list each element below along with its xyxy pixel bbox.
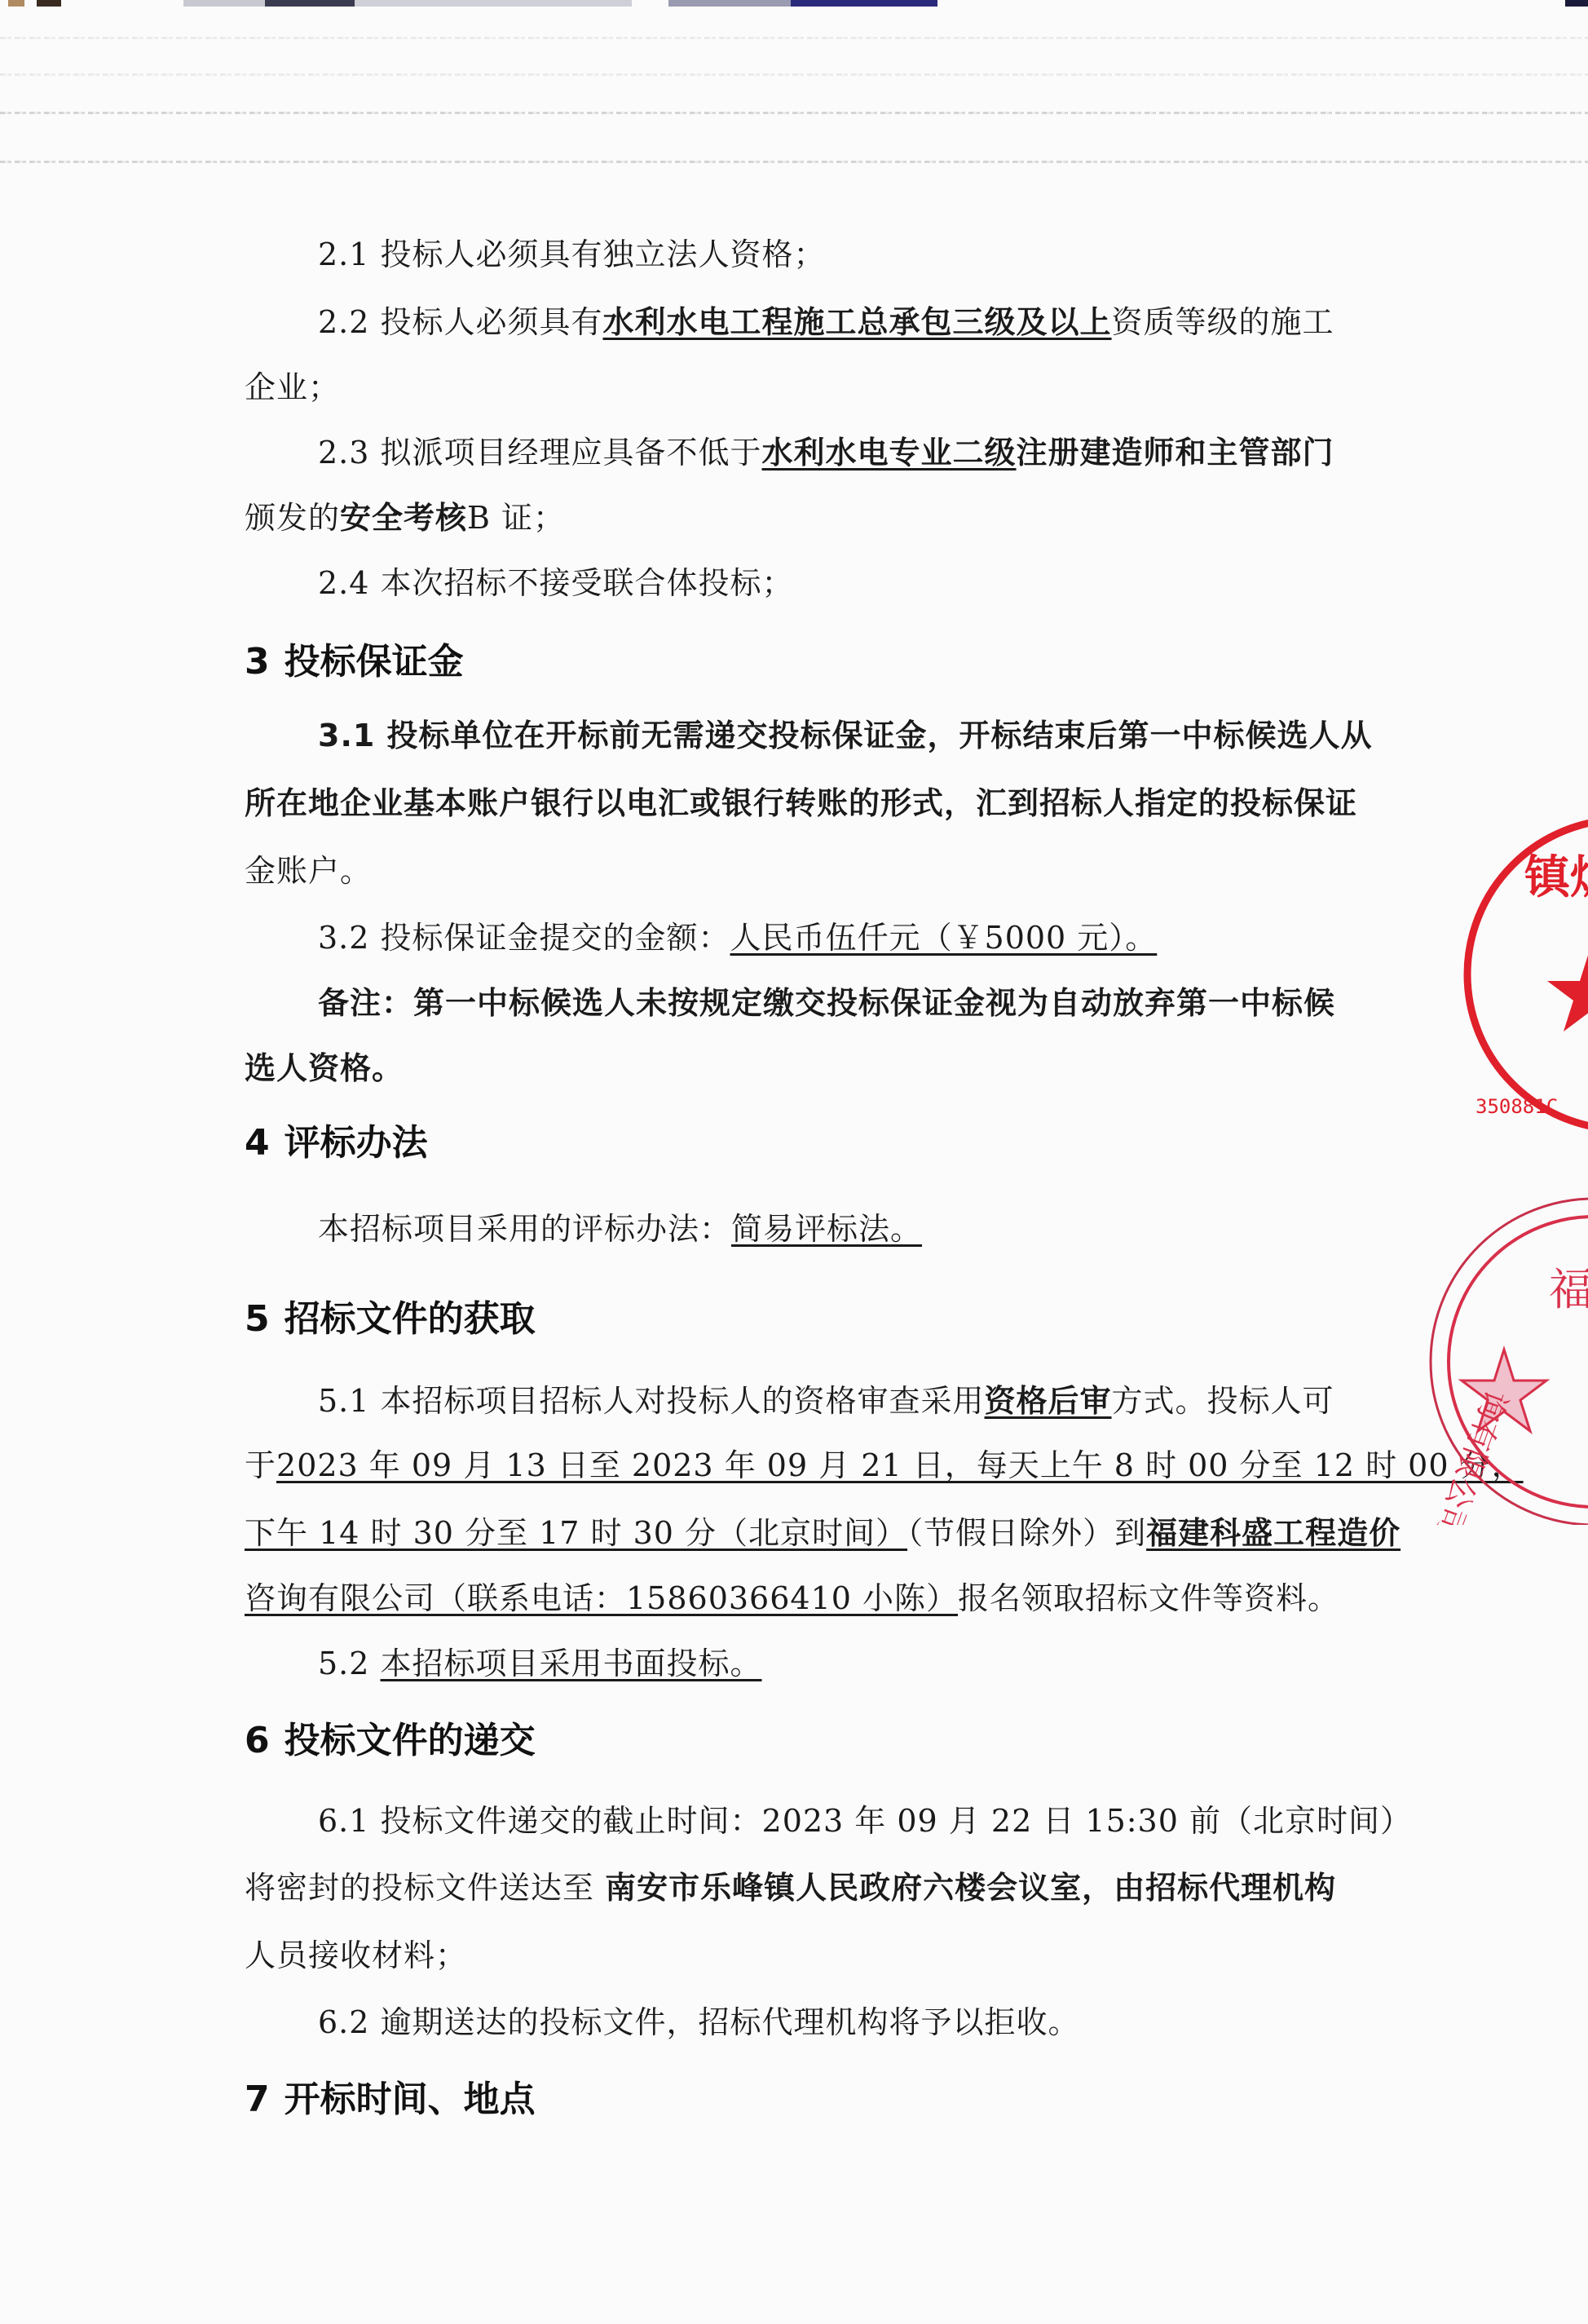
scan-artifact-line [0, 161, 1588, 163]
clause-5-1-prefix: 于 [245, 1447, 276, 1483]
clause-2-3-text-end: 注册建造师和主管部门 [1017, 435, 1334, 471]
clause-2-4: 2.4 本次招标不接受联合体投标； [318, 563, 794, 603]
holiday-note: （节假日除外）到 [907, 1515, 1146, 1551]
clause-3-2: 3.2 投标保证金提交的金额：人民币伍仟元（￥5000 元）。 [318, 917, 1157, 958]
safety-cert: 安全考核 [340, 500, 467, 536]
seal-text-side: 询有限公司 [1428, 1385, 1515, 1525]
clause-5-1-dates: 于2023 年 09 月 13 日至 2023 年 09 月 21 日，每天上午… [245, 1445, 1524, 1486]
clause-3-1: 3.1 投标单位在开标前无需递交投标保证金，开标结束后第一中标候选人从 [318, 715, 1373, 756]
clause-5-1-times: 下午 14 时 30 分至 17 时 30 分（北京时间）（节假日除外）到福建科… [245, 1513, 1401, 1553]
manager-qualification: 水利水电专业二级 [762, 435, 1017, 471]
evaluation-method-label: 本招标项目采用的评标办法： [318, 1211, 731, 1247]
review-method: 资格后审 [985, 1383, 1112, 1419]
clause-5-1: 5.1 本招标项目招标人对投标人的资格审查采用资格后审方式。投标人可 [318, 1381, 1334, 1421]
clause-2-1: 2.1 投标人必须具有独立法人资格； [318, 234, 826, 275]
clause-2-3-cont: 颁发的安全考核B 证； [245, 497, 565, 538]
clause-2-3: 2.3 拟派项目经理应具备不低于水利水电专业二级注册建造师和主管部门 [318, 432, 1334, 473]
clause-6-2: 6.2 逾期送达的投标文件，招标代理机构将予以拒收。 [318, 2002, 1080, 2043]
clause-3-1-cont2: 金账户。 [245, 851, 372, 891]
section-number: 5 [245, 1298, 270, 1340]
clause-5-1-contact: 咨询有限公司（联系电话：15860366410 小陈）报名领取招标文件等资料。 [245, 1578, 1339, 1619]
clause-6-1-cont: 人员接收材料； [245, 1935, 467, 1976]
clause-6-1-prefix: 将密封的投标文件送达至 [245, 1870, 594, 1906]
clause-2-3-cont-a: 颁发的 [245, 500, 340, 536]
section-heading-4: 4评标办法 [245, 1120, 428, 1166]
submission-location: 南安市乐峰镇人民政府六楼会议室，由招标代理机构 [605, 1870, 1336, 1906]
seal-code: 350881C [1476, 1095, 1558, 1118]
evaluation-method-value: 简易评标法。 [731, 1211, 922, 1247]
note-cont: 选人资格。 [245, 1048, 404, 1089]
seal-text-top: 福 [1549, 1264, 1588, 1315]
clause-6-1-location: 将密封的投标文件送达至 南安市乐峰镇人民政府六楼会议室，由招标代理机构 [245, 1867, 1336, 1908]
qualification-requirement: 水利水电工程施工总承包三级及以上 [603, 304, 1112, 340]
clause-5-1-text-end: 方式。投标人可 [1112, 1383, 1334, 1419]
scan-artifact-line [0, 37, 1588, 39]
star-icon [1547, 950, 1588, 1032]
section-title: 评标办法 [285, 1122, 428, 1164]
clause-5-1-text: 5.1 本招标项目招标人对投标人的资格审查采用 [318, 1383, 985, 1419]
note: 备注：第一中标候选人未按规定缴交投标保证金视为自动放弃第一中标候 [318, 983, 1335, 1023]
deposit-amount: 人民币伍仟元（￥5000 元）。 [730, 920, 1158, 956]
section-title: 投标文件的递交 [285, 1720, 536, 1761]
section-number: 7 [245, 2079, 270, 2120]
section-heading-7: 7开标时间、地点 [245, 2077, 536, 2123]
scan-artifact-line [0, 73, 1588, 76]
clause-5-1-end: 报名领取招标文件等资料。 [958, 1580, 1339, 1616]
agency-contact: 咨询有限公司（联系电话：15860366410 小陈） [245, 1580, 958, 1616]
section-title: 开标时间、地点 [285, 2079, 536, 2120]
pickup-date-range: 2023 年 09 月 13 日至 2023 年 09 月 21 日，每天上午 … [276, 1447, 1524, 1483]
bid-format: 本招标项目采用书面投标。 [381, 1646, 762, 1681]
scan-artifact-line [0, 112, 1588, 114]
clause-2-3-cont-b: B 证； [467, 500, 565, 536]
section-title: 招标文件的获取 [285, 1298, 536, 1340]
section-heading-6: 6投标文件的递交 [245, 1718, 536, 1764]
clause-3-2-text: 3.2 投标保证金提交的金额： [318, 920, 730, 956]
official-seal-bottom: 福 询有限公司 [1410, 1182, 1588, 1525]
clause-6-1: 6.1 投标文件递交的截止时间：2023 年 09 月 22 日 15:30 前… [318, 1800, 1412, 1841]
pickup-afternoon-hours: 下午 14 时 30 分至 17 时 30 分（北京时间） [245, 1515, 907, 1551]
official-seal-top: 镇炉中 350881C [1459, 803, 1588, 1146]
clause-3-1-cont: 所在地企业基本账户银行以电汇或银行转账的形式，汇到招标人指定的投标保证 [245, 783, 1357, 824]
section-number: 6 [245, 1720, 270, 1761]
clause-2-2-text-end: 资质等级的施工 [1112, 304, 1334, 340]
clause-2-3-text: 2.3 拟派项目经理应具备不低于 [318, 435, 762, 471]
scan-top-edge [0, 0, 1588, 8]
clause-2-2: 2.2 投标人必须具有水利水电工程施工总承包三级及以上资质等级的施工 [318, 302, 1334, 342]
agency-name: 福建科盛工程造价 [1146, 1515, 1401, 1551]
clause-2-2-text: 2.2 投标人必须具有 [318, 304, 603, 340]
seal-text: 镇炉中 [1524, 851, 1588, 904]
evaluation-method: 本招标项目采用的评标办法：简易评标法。 [318, 1208, 922, 1249]
section-heading-3: 3投标保证金 [245, 639, 464, 685]
clause-5-2-number: 5.2 [318, 1646, 381, 1681]
section-title: 投标保证金 [285, 641, 464, 683]
clause-2-2-cont: 企业； [245, 367, 340, 408]
section-number: 4 [245, 1122, 270, 1164]
section-heading-5: 5招标文件的获取 [245, 1297, 536, 1342]
clause-5-2: 5.2 本招标项目采用书面投标。 [318, 1643, 762, 1684]
section-number: 3 [245, 641, 270, 683]
